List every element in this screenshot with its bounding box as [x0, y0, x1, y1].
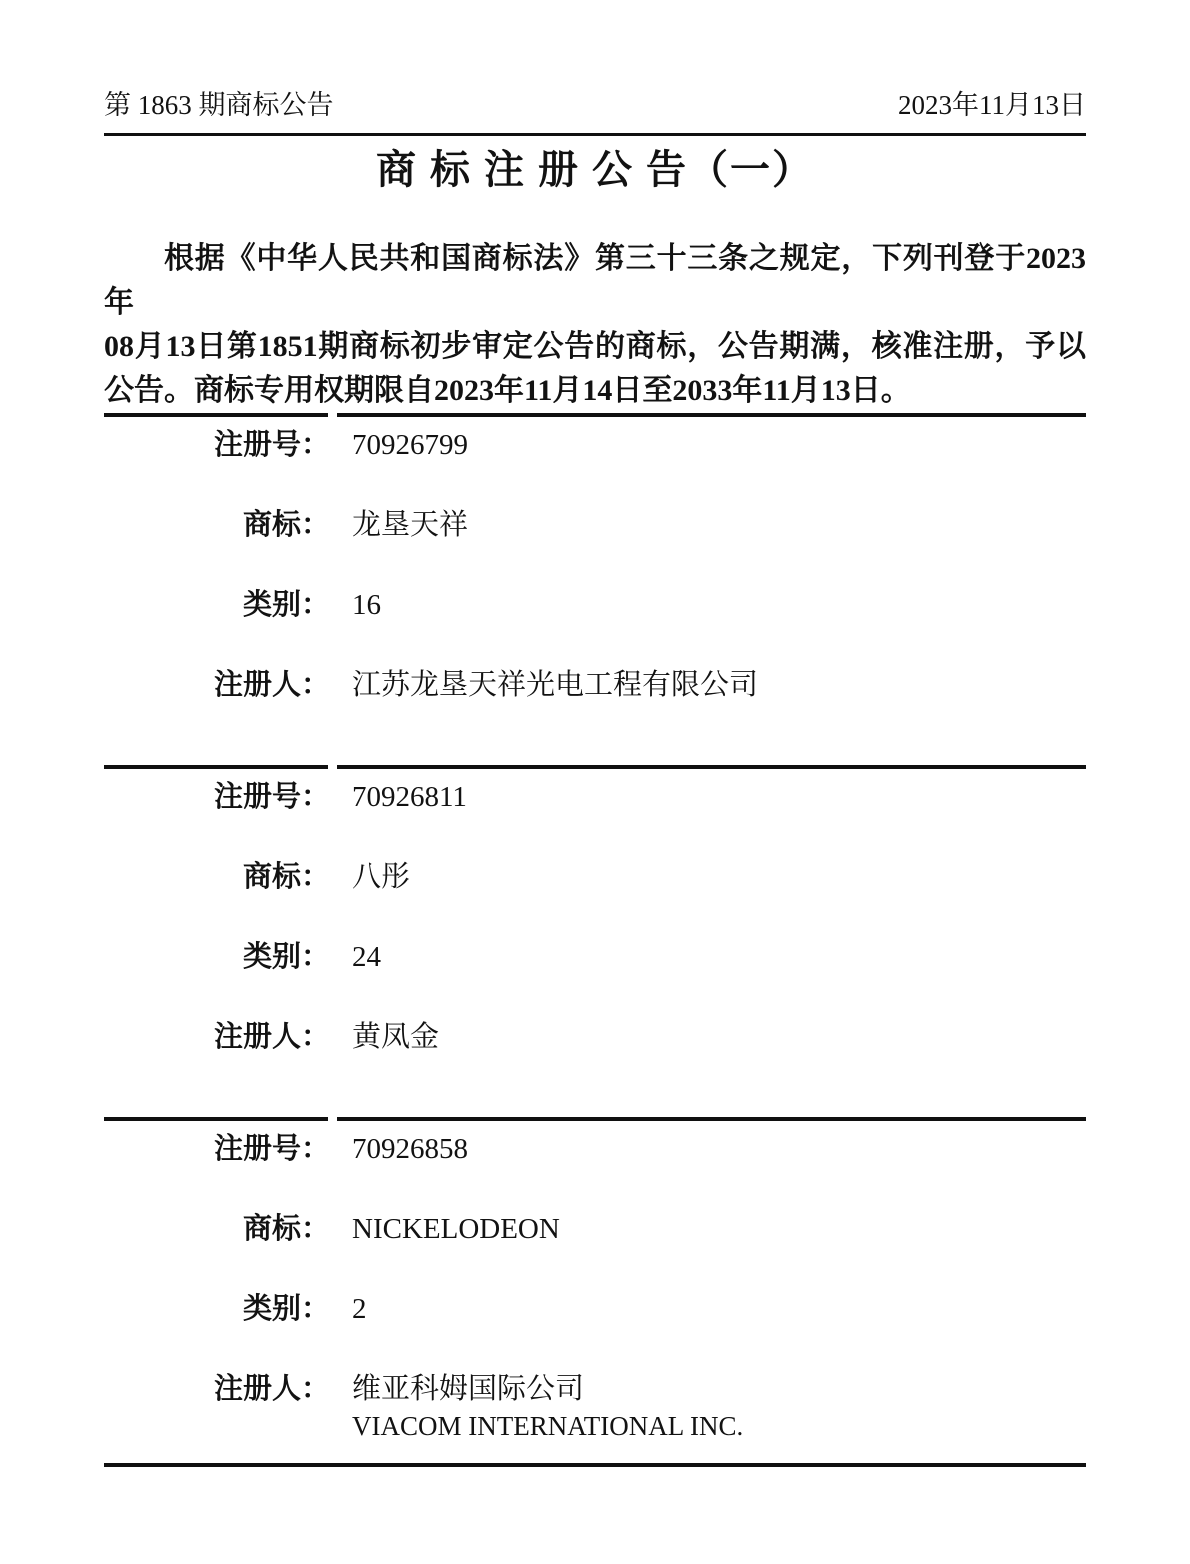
issue-number: 第 1863 期商标公告 [104, 88, 334, 122]
field-label-category: 类别： [104, 1289, 330, 1329]
registrant-value: 黄凤金 [352, 1017, 1086, 1057]
intro-line-2: 08月13日第1851期商标初步审定公告的商标，公告期满，核准注册，予以 [104, 325, 1086, 369]
trademark-row: 商标： NICKELODEON [104, 1209, 1086, 1249]
header-rule [104, 133, 1086, 136]
trademark-value: 八彤 [352, 857, 1086, 897]
reg-no-row: 注册号： 70926858 [104, 1129, 1086, 1169]
field-label-registrant: 注册人： [104, 1369, 330, 1409]
registrant-row: 注册人： 黄凤金 [104, 1017, 1086, 1057]
category-row: 类别： 24 [104, 937, 1086, 977]
page-title: 商 标 注 册 公 告（一） [104, 144, 1086, 196]
field-label-reg-no: 注册号： [104, 425, 330, 465]
page-header: 第 1863 期商标公告 2023年11月13日 [104, 88, 1086, 122]
entry-divider-left [104, 765, 328, 769]
entry-divider-left [104, 413, 328, 417]
entry-divider-right [337, 413, 1086, 417]
reg-no-value: 70926858 [352, 1129, 1086, 1169]
registrant-group: 维亚科姆国际公司 VIACOM INTERNATIONAL INC. [352, 1369, 1086, 1443]
field-label-category: 类别： [104, 937, 330, 977]
trademark-value: NICKELODEON [352, 1209, 1086, 1249]
trademark-row: 商标： 八彤 [104, 857, 1086, 897]
trademark-entry-1: 注册号： 70926799 商标： 龙垦天祥 类别： 16 注册人： 江苏龙垦天… [104, 413, 1086, 765]
field-label-trademark: 商标： [104, 1209, 330, 1249]
reg-no-row: 注册号： 70926811 [104, 777, 1086, 817]
registrant-row: 注册人： 江苏龙垦天祥光电工程有限公司 [104, 665, 1086, 705]
trademark-entry-2: 注册号： 70926811 商标： 八彤 类别： 24 注册人： 黄凤金 [104, 765, 1086, 1117]
header-date: 2023年11月13日 [898, 88, 1086, 122]
registrant-en-value: VIACOM INTERNATIONAL INC. [352, 1409, 1086, 1443]
entry-divider-left [104, 1117, 328, 1121]
field-label-registrant: 注册人： [104, 665, 330, 705]
entry-divider-right [337, 765, 1086, 769]
category-row: 类别： 2 [104, 1289, 1086, 1329]
entry-divider-right [337, 1117, 1086, 1121]
field-label-category: 类别： [104, 585, 330, 625]
reg-no-value: 70926799 [352, 425, 1086, 465]
registrant-row: 注册人： 维亚科姆国际公司 VIACOM INTERNATIONAL INC. [104, 1369, 1086, 1409]
field-label-registrant: 注册人： [104, 1017, 330, 1057]
intro-line-3: 公告。商标专用权期限自2023年11月14日至2033年11月13日。 [104, 369, 1086, 413]
reg-no-value: 70926811 [352, 777, 1086, 817]
field-label-trademark: 商标： [104, 505, 330, 545]
category-row: 类别： 16 [104, 585, 1086, 625]
reg-no-row: 注册号： 70926799 [104, 425, 1086, 465]
registrant-value: 维亚科姆国际公司 [352, 1369, 1086, 1409]
trademark-row: 商标： 龙垦天祥 [104, 505, 1086, 545]
registrant-value: 江苏龙垦天祥光电工程有限公司 [352, 665, 1086, 705]
category-value: 16 [352, 585, 1086, 625]
bottom-rule [104, 1463, 1086, 1467]
field-label-reg-no: 注册号： [104, 1129, 330, 1169]
trademark-value: 龙垦天祥 [352, 505, 1086, 545]
field-label-reg-no: 注册号： [104, 777, 330, 817]
intro-paragraph: 根据《中华人民共和国商标法》第三十三条之规定，下列刊登于2023年 08月13日… [104, 237, 1086, 413]
category-value: 2 [352, 1289, 1086, 1329]
document-page: 第 1863 期商标公告 2023年11月13日 商 标 注 册 公 告（一） … [0, 0, 1190, 1564]
trademark-entry-3: 注册号： 70926858 商标： NICKELODEON 类别： 2 注册人：… [104, 1117, 1086, 1469]
category-value: 24 [352, 937, 1086, 977]
intro-line-1: 根据《中华人民共和国商标法》第三十三条之规定，下列刊登于2023年 [104, 237, 1086, 325]
field-label-trademark: 商标： [104, 857, 330, 897]
